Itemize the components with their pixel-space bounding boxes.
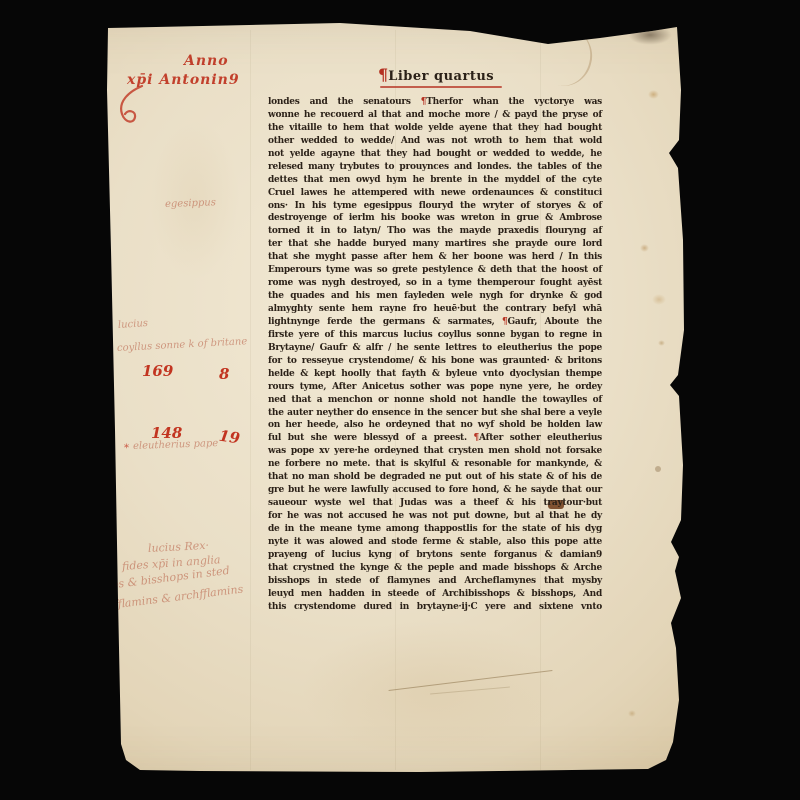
marginal-note-lucius-rex: lucius Rex· xyxy=(148,539,210,555)
text-line: the vitaille to hem that wolde yelde aye… xyxy=(268,122,602,135)
text-line: this crystendome dured in brytayne·ij·C … xyxy=(268,601,602,614)
marginal-note-coyllus-sonne: coyllus sonne k of britane xyxy=(117,336,248,354)
chain-line xyxy=(250,30,251,770)
text-line: relesed many trybutes to prouynces and l… xyxy=(268,161,602,174)
marginal-note-egesippus: egesippus xyxy=(165,197,216,210)
text-line: ful but she were blessyd of a preest. ¶A… xyxy=(268,432,602,445)
text-line: helde & kept hoolly that fayth & byleue … xyxy=(268,368,602,381)
text-line: that crystned the kynge & the peple and … xyxy=(268,562,602,575)
text-line: ter that she hadde buryed many martires … xyxy=(268,238,602,251)
text-line: was pope xv yere·he ordeyned that cryste… xyxy=(268,445,602,458)
text-line: londes and the senatours ¶Therfor whan t… xyxy=(268,96,602,109)
foxing-spot xyxy=(640,244,649,252)
marginal-note-lucius: lucius xyxy=(118,318,149,331)
text-line: torned it in to latyn/ Tho was the mayde… xyxy=(268,225,602,238)
rubric-underline xyxy=(380,86,502,88)
foxing-spot xyxy=(628,710,636,717)
text-line: dettes that men owyd hym he brente in th… xyxy=(268,174,602,187)
text-line: ne forbere no mete. that is skylful & re… xyxy=(268,458,602,471)
text-line: prayeng of lucius kyng of brytons sente … xyxy=(268,549,602,562)
crease-mark xyxy=(532,22,598,91)
marginal-number-169: 169 xyxy=(142,362,173,380)
foxing-spot xyxy=(652,294,666,305)
text-line: not yelde agayne that they had bought or… xyxy=(268,148,602,161)
marginal-note-anno: Anno xyxy=(184,53,229,69)
corner-smudge xyxy=(628,25,672,45)
text-line: for he was not accused he was not put do… xyxy=(268,510,602,523)
page-title: Liber quartus xyxy=(388,69,494,84)
text-line: Emperours tyme was so grete pestylence &… xyxy=(268,264,602,277)
text-line: leuyd men hadden in steede of Archibissh… xyxy=(268,588,602,601)
text-line: de in the meane tyme among thappostlis f… xyxy=(268,523,602,536)
text-line: the quades and his men fayleden wele nyg… xyxy=(268,290,602,303)
text-line: Cruel lawes he attempered with newe orde… xyxy=(268,187,602,200)
text-line: the auter neyther do ensence in the senc… xyxy=(268,407,602,420)
text-line: that no man shold be degraded ne put out… xyxy=(268,471,602,484)
text-line: lightnynge ferde the germans & sarmates,… xyxy=(268,316,602,329)
foxing-spot xyxy=(658,340,665,346)
text-line: firste yere of this marcus lucius coyllu… xyxy=(268,329,602,342)
water-stain xyxy=(300,620,560,760)
text-line: that she myght passe after hem & her boo… xyxy=(268,251,602,264)
foxing-spot xyxy=(648,90,659,99)
text-line: wonne he recouerd al that and moche more… xyxy=(268,109,602,122)
text-block: londes and the senatours ¶Therfor whan t… xyxy=(268,96,602,614)
marginal-mark: * xyxy=(124,443,129,454)
text-line: for to resseyue crystendome/ & his bone … xyxy=(268,355,602,368)
marginal-number-19: 19 xyxy=(218,427,241,448)
text-line: nyte it was alowed and stode ferme & sta… xyxy=(268,536,602,549)
text-line: saueour wyste wel that Judas was a theef… xyxy=(268,497,602,510)
manuscript-leaf: ¶Liber quartus londes and the senatours … xyxy=(0,0,800,800)
text-line: almyghty sente hem rayne fro heuē·but th… xyxy=(268,303,602,316)
text-line: rours tyme, After Anicetus sother was po… xyxy=(268,381,602,394)
text-line: Brytayne/ Gaufr & alfr / he sente lettre… xyxy=(268,342,602,355)
text-line: destroyenge of ierlm his booke was wreto… xyxy=(268,212,602,225)
photo-background: ¶Liber quartus londes and the senatours … xyxy=(0,0,800,800)
flourish-stroke xyxy=(116,84,146,128)
text-line: bisshops in stede of flamynes and Archef… xyxy=(268,575,602,588)
text-line: other wedded to wedde/ And was not wroth… xyxy=(268,135,602,148)
marginal-number-8: 8 xyxy=(219,365,229,383)
text-line: ons· In his tyme egesippus flouryd the w… xyxy=(268,200,602,213)
rubric-pilcrow-icon: ¶ xyxy=(378,65,388,84)
text-line: on her heede, also he ordeyned that no w… xyxy=(268,419,602,432)
running-head: ¶Liber quartus xyxy=(378,65,494,84)
text-line: rome was nygh destroyed, so in a tyme th… xyxy=(268,277,602,290)
foxing-spot xyxy=(655,466,661,472)
marginal-note-eleutherius-papa: eleutherius pape xyxy=(133,438,219,452)
text-line: ned that a menchon or nonne shold not ha… xyxy=(268,394,602,407)
text-line: gre but he were lawfully accused to fore… xyxy=(268,484,602,497)
